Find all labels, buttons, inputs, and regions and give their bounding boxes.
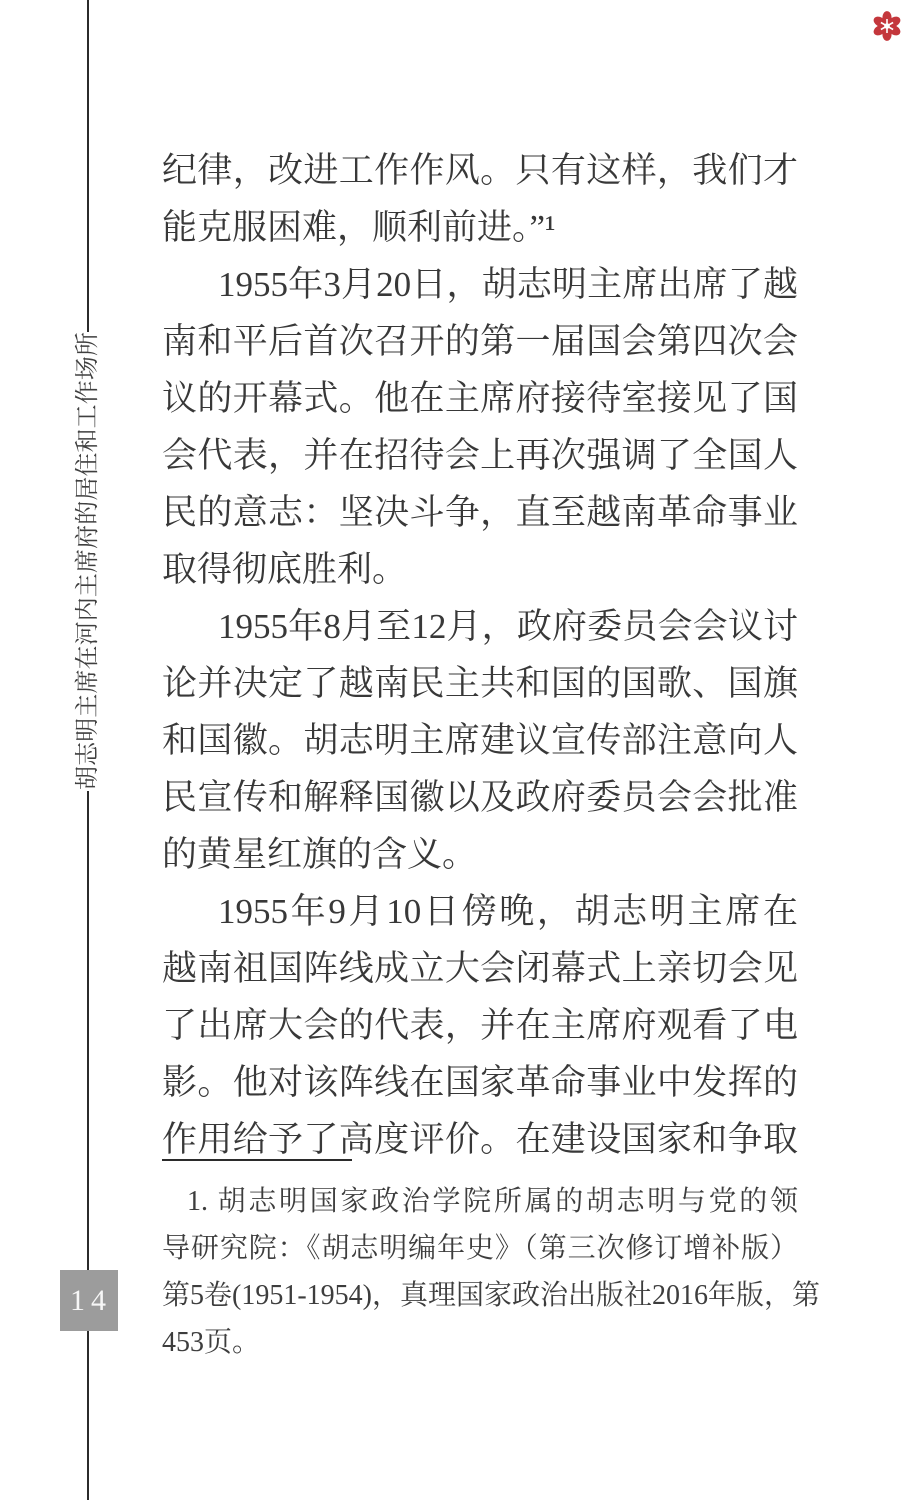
body-line: 越南祖国阵线成立大会闭幕式上亲切会见 [162, 940, 798, 997]
flower-asterisk-icon [871, 10, 903, 42]
footnote-separator [162, 1159, 352, 1161]
body-line: 议的开幕式。他在主席府接待室接见了国 [162, 370, 798, 427]
page-number-badge: 14 [60, 1270, 118, 1331]
sidebar-chapter-title: 胡志明主席在河内主席府的居住和工作场所 [73, 332, 103, 790]
body-line: 南和平后首次召开的第一届国会第四次会 [162, 313, 798, 370]
footnote-line: 453页。 [162, 1319, 798, 1366]
body-line: 的黄星红旗的含义。 [162, 826, 798, 883]
body-line: 论并决定了越南民主共和国的国歌、国旗 [162, 655, 798, 712]
body-line: 1955年8月至12月，政府委员会会议讨 [162, 598, 798, 655]
footnote: 1. 胡志明国家政治学院所属的胡志明与党的领导研究院：《胡志明编年史》（第三次修… [162, 1178, 798, 1366]
body-line: 取得彻底胜利。 [162, 541, 798, 598]
body-line: 影。他对该阵线在国家革命事业中发挥的 [162, 1054, 798, 1111]
footnote-line: 第5卷(1951-1954)，真理国家政治出版社2016年版，第 [162, 1272, 798, 1319]
body-line: 1955年3月20日，胡志明主席出席了越 [162, 256, 798, 313]
page-number: 14 [70, 1284, 112, 1318]
body-line: 了出席大会的代表，并在主席府观看了电 [162, 997, 798, 1054]
body-line: 1955年9月10日傍晚，胡志明主席在 [162, 883, 798, 940]
body-line: 纪律，改进工作作风。只有这样，我们才 [162, 142, 798, 199]
body-line: 能克服困难，顺利前进。”¹ [162, 199, 798, 256]
body-line: 会代表，并在招待会上再次强调了全国人 [162, 427, 798, 484]
body-line: 和国徽。胡志明主席建议宣传部注意向人 [162, 712, 798, 769]
body-text: 纪律，改进工作作风。只有这样，我们才能克服困难，顺利前进。”¹1955年3月20… [162, 142, 798, 1168]
footnote-line: 1. 胡志明国家政治学院所属的胡志明与党的领 [162, 1178, 798, 1225]
footnote-line: 导研究院：《胡志明编年史》（第三次修订增补版） [162, 1225, 798, 1272]
body-line: 民宣传和解释国徽以及政府委员会会批准 [162, 769, 798, 826]
sidebar-rule-bottom [87, 791, 89, 1500]
sidebar-rule-top [87, 0, 89, 332]
book-page: 胡志明主席在河内主席府的居住和工作场所 纪律，改进工作作风。只有这样 [0, 0, 911, 1500]
body-line: 民的意志：坚决斗争，直至越南革命事业 [162, 484, 798, 541]
